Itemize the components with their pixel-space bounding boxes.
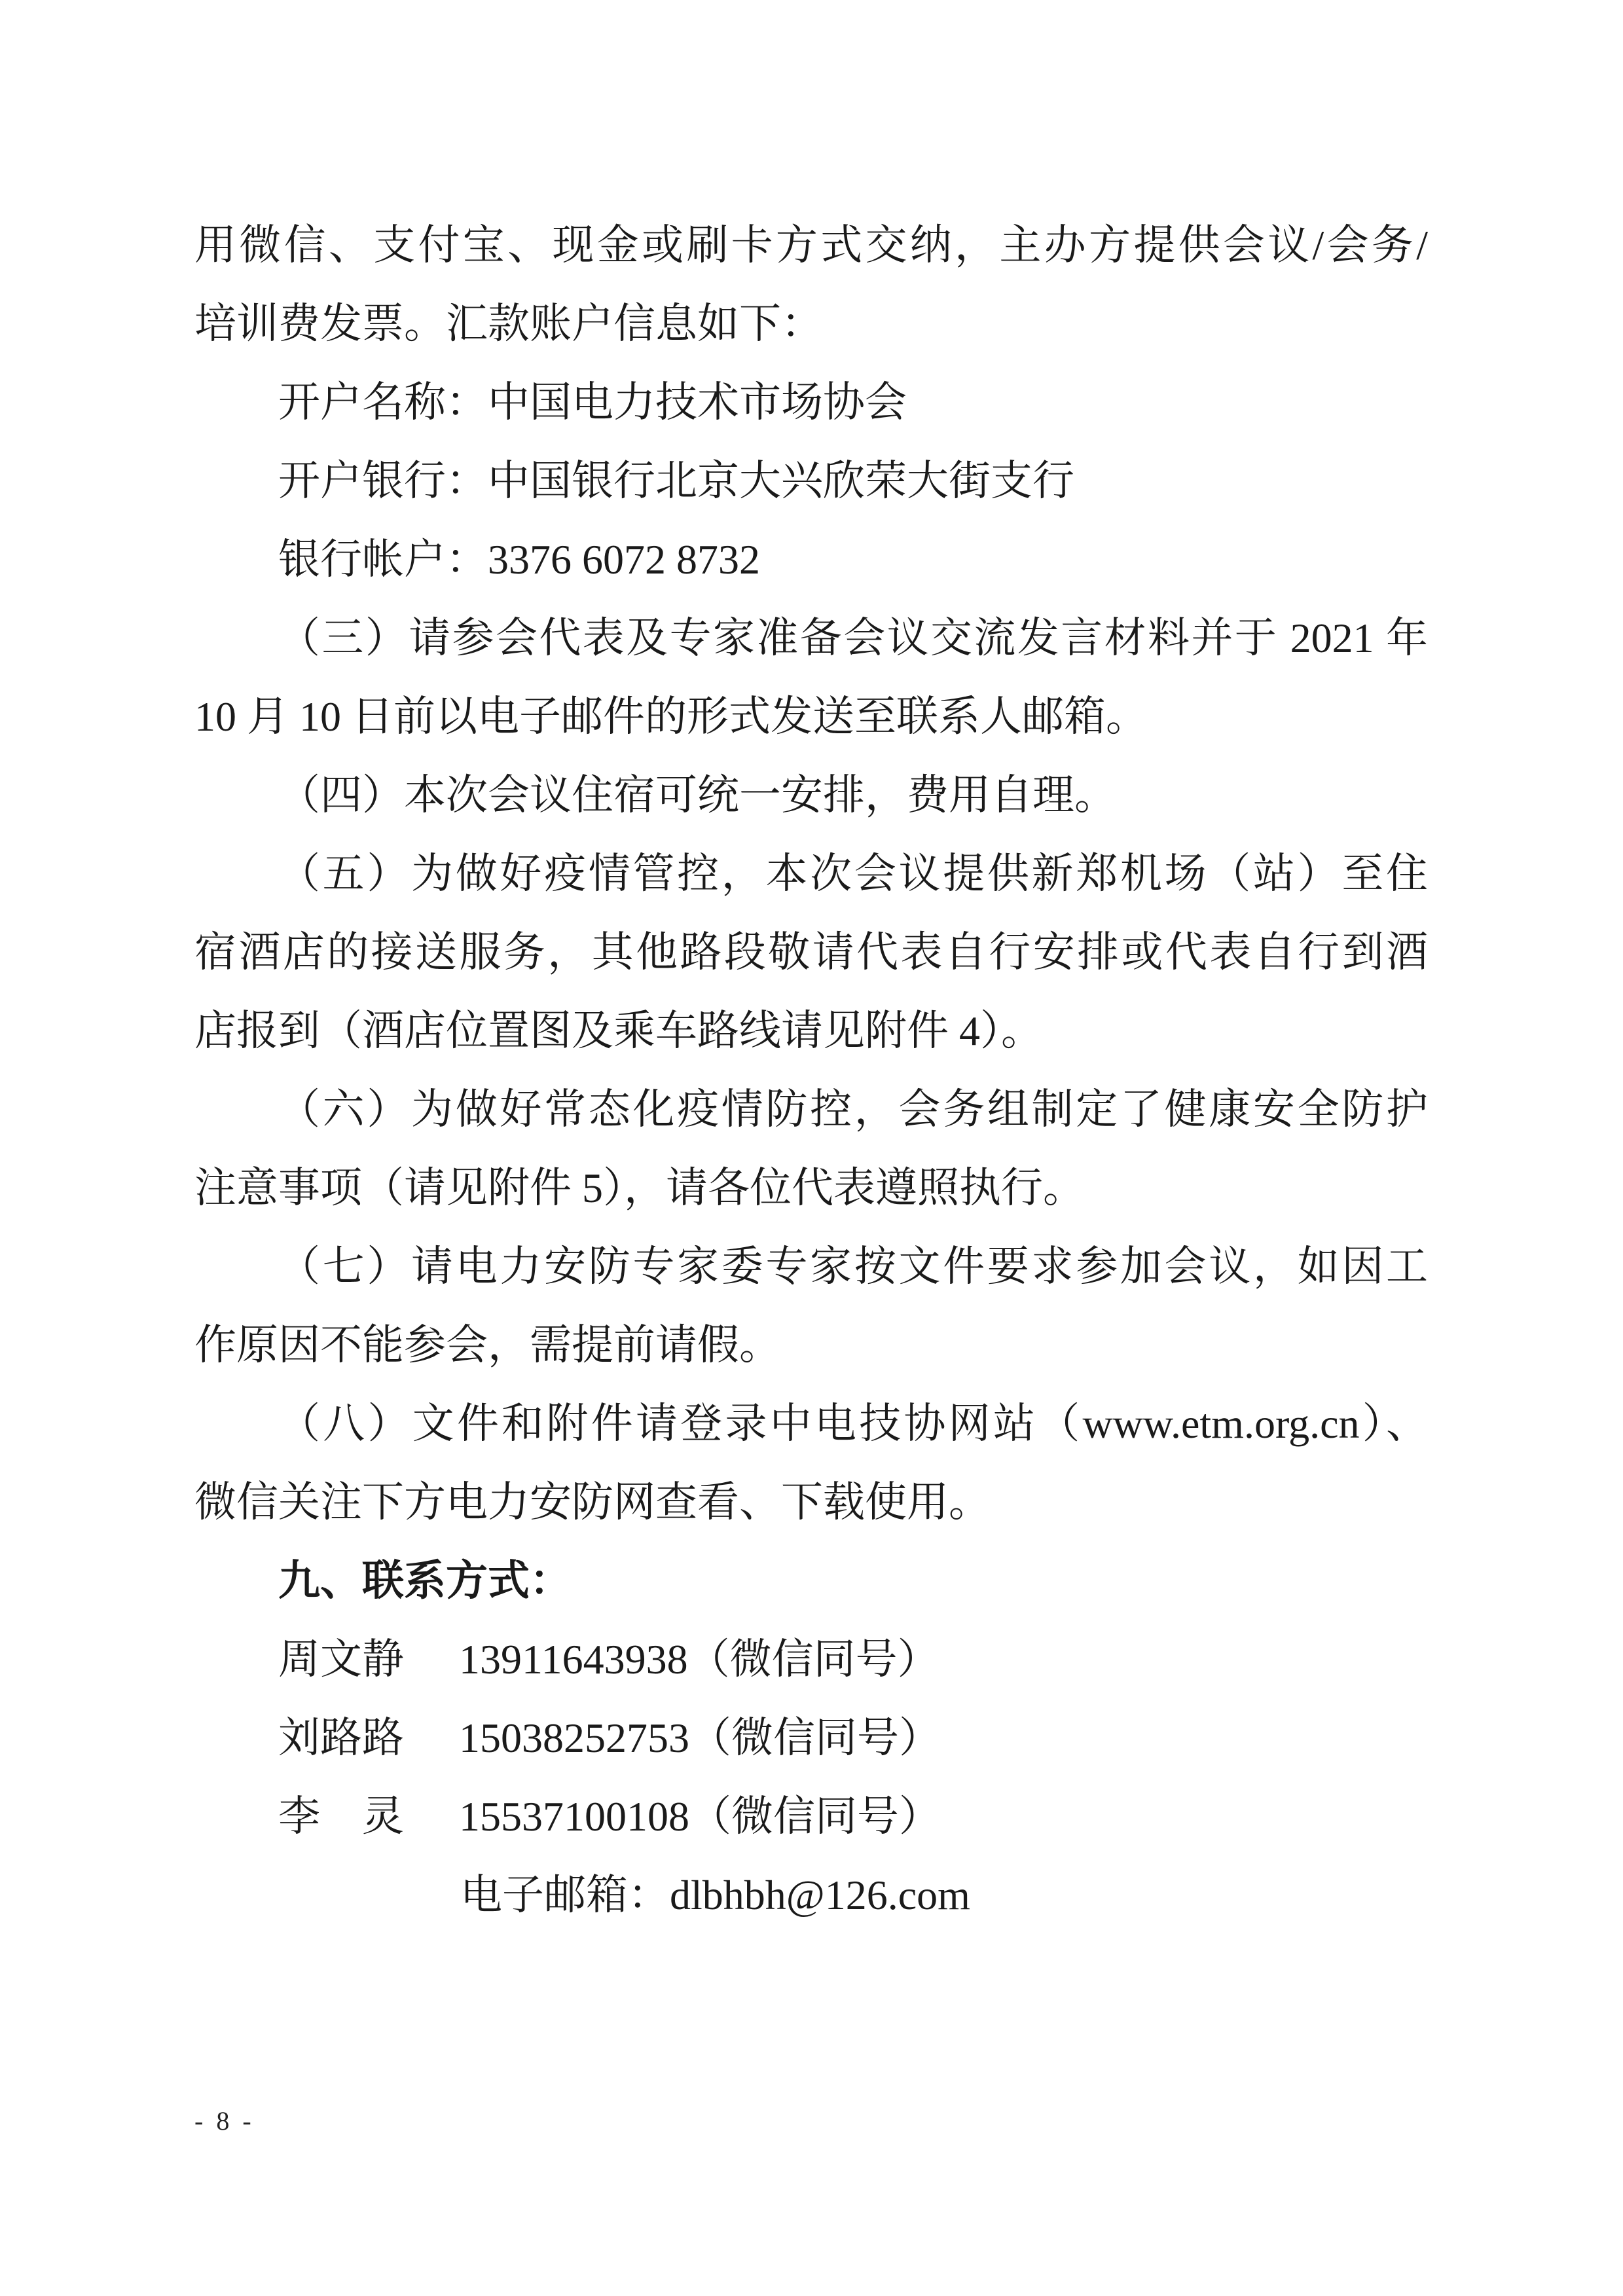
text-line: 开户名称：中国电力技术市场协会: [194, 363, 1428, 442]
text-line: 作原因不能参会，需提前请假。: [194, 1306, 1428, 1385]
text-line: 微信关注下方电力安防网查看、下载使用。: [194, 1463, 1428, 1542]
text-line: （八）文件和附件请登录中电技协网站（www.etm.org.cn）、: [194, 1385, 1428, 1463]
contact-line: 周文静13911643938（微信同号）: [194, 1620, 1428, 1699]
text-line: （五）为做好疫情管控，本次会议提供新郑机场（站）至住: [194, 835, 1428, 913]
text-line: 10 月 10 日前以电子邮件的形式发送至联系人邮箱。: [194, 678, 1428, 756]
email-line: 电子邮箱：dlbhbh@126.com: [194, 1856, 1428, 1935]
contact-name: 李 灵: [278, 1777, 459, 1856]
contact-line: 李 灵15537100108（微信同号）: [194, 1777, 1428, 1856]
text-line: 注意事项（请见附件 5），请各位代表遵照执行。: [194, 1149, 1428, 1228]
text-line: （六）为做好常态化疫情防控，会务组制定了健康安全防护: [194, 1070, 1428, 1149]
text-line: 开户银行：中国银行北京大兴欣荣大街支行: [194, 442, 1428, 520]
contact-phone: 15537100108（微信同号）: [459, 1793, 941, 1840]
contact-phone: 13911643938（微信同号）: [459, 1636, 939, 1683]
text-line: 银行帐户：3376 6072 8732: [194, 520, 1428, 599]
contact-line: 刘路路15038252753（微信同号）: [194, 1699, 1428, 1777]
text-line: （三）请参会代表及专家准备会议交流发言材料并于 2021 年: [194, 599, 1428, 678]
document-page: 用微信、支付宝、现金或刷卡方式交纳，主办方提供会议/会务/培训费发票。汇款账户信…: [0, 0, 1623, 2296]
email-address: dlbhbh@126.com: [670, 1872, 970, 1918]
email-label: 电子邮箱：: [460, 1872, 670, 1918]
contact-name: 周文静: [278, 1620, 459, 1699]
text-line: （七）请电力安防专家委专家按文件要求参加会议，如因工: [194, 1228, 1428, 1306]
contact-phone: 15038252753（微信同号）: [459, 1715, 941, 1761]
text-line: 用微信、支付宝、现金或刷卡方式交纳，主办方提供会议/会务/: [194, 206, 1428, 285]
contact-name: 刘路路: [278, 1699, 459, 1777]
text-line: 店报到（酒店位置图及乘车路线请见附件 4）。: [194, 992, 1428, 1070]
section-heading: 九、联系方式：: [194, 1542, 1428, 1620]
document-body: 用微信、支付宝、现金或刷卡方式交纳，主办方提供会议/会务/培训费发票。汇款账户信…: [194, 206, 1428, 1935]
text-line: 培训费发票。汇款账户信息如下：: [194, 285, 1428, 363]
text-line: （四）本次会议住宿可统一安排，费用自理。: [194, 756, 1428, 835]
page-number: - 8 -: [194, 2103, 255, 2140]
text-line: 宿酒店的接送服务，其他路段敬请代表自行安排或代表自行到酒: [194, 913, 1428, 992]
